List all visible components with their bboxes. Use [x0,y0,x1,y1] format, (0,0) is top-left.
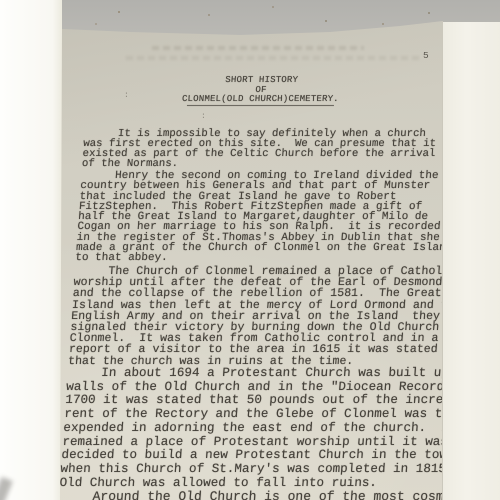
document-title-line-3: CLONMEL(OLD CHURCH)CEMETERY. [148,95,373,105]
page-number: 5 [423,51,429,61]
ghost-text-line [152,46,364,50]
ghost-text-line [126,56,420,60]
title-underline [187,105,334,107]
underlying-sheet-left-edge [0,0,62,500]
paragraph-2: Henry the second on coming to Ireland di… [75,171,500,264]
paper-page: 5 : : SHORT HISTORY OF CLONMEL(OLD CHURC… [0,0,500,500]
underlying-sheet-right-edge [442,22,500,500]
typed-text-block: SHORT HISTORY OF CLONMEL(OLD CHURCH)CEME… [0,76,500,500]
paragraph-4: In about 1694 a Protestant Church was bu… [59,367,498,490]
paragraph-3: The Church of Clonmel remained a place o… [68,266,500,367]
paragraph-1: It is impossible to say definitely when … [81,129,500,169]
paragraph-5: Around the Old Church is one of the most… [58,490,489,500]
document-photo: 5 : : SHORT HISTORY OF CLONMEL(OLD CHURC… [0,0,500,500]
